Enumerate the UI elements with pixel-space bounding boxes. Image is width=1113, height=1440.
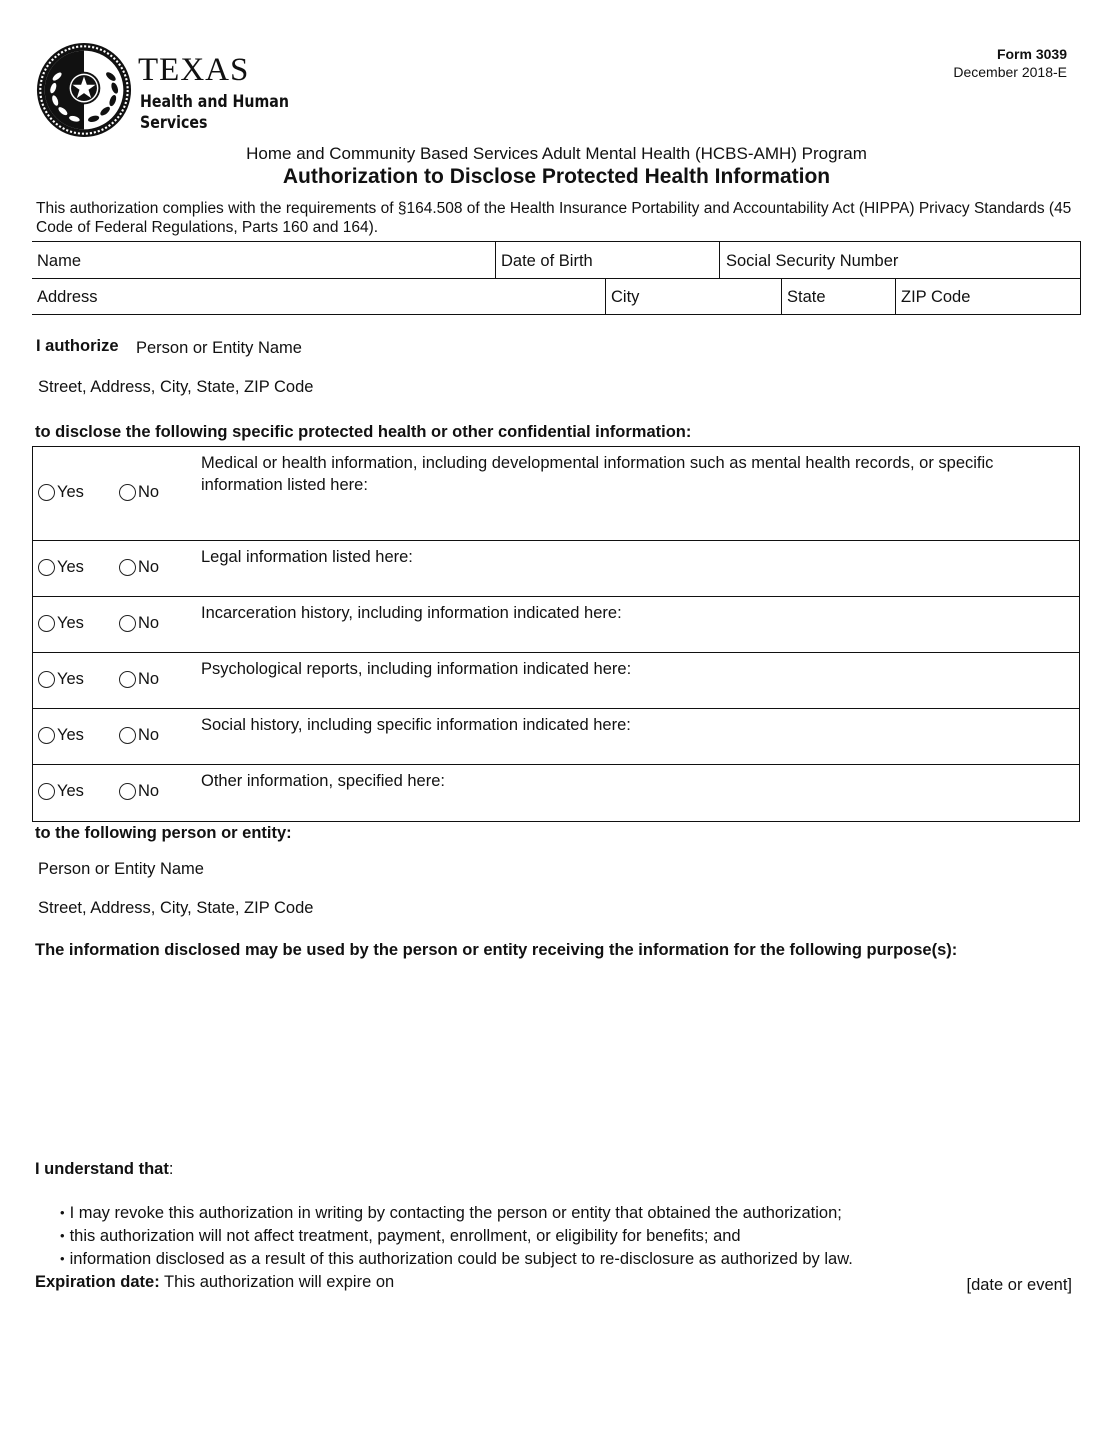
understand-label: I understand that bbox=[35, 1160, 169, 1178]
no-label: No bbox=[138, 726, 159, 745]
yes-label: Yes bbox=[57, 726, 84, 745]
no-label: No bbox=[138, 670, 159, 689]
disclosure-details-field[interactable] bbox=[201, 626, 1079, 652]
intro-text: This authorization complies with the req… bbox=[36, 199, 1076, 237]
logo-agency-name: Health and Human Services bbox=[140, 91, 289, 133]
yes-no-radio-group: YesNo bbox=[38, 726, 200, 745]
yes-no-radio-group: YesNo bbox=[38, 483, 200, 502]
disclosure-row: YesNoOther information, specified here: bbox=[33, 765, 1079, 821]
yes-label: Yes bbox=[57, 483, 84, 502]
yes-option[interactable]: Yes bbox=[38, 483, 119, 502]
address-field[interactable]: Address bbox=[32, 279, 605, 314]
ssn-field[interactable]: Social Security Number bbox=[719, 242, 1079, 278]
recipient-address-field[interactable]: Street, Address, City, State, ZIP Code bbox=[38, 899, 313, 918]
authorize-label: I authorize bbox=[36, 337, 119, 355]
no-radio[interactable] bbox=[119, 559, 136, 576]
disclosure-row: YesNoIncarceration history, including in… bbox=[33, 597, 1079, 653]
disclosure-description: Psychological reports, including informa… bbox=[201, 658, 1075, 680]
yes-option[interactable]: Yes bbox=[38, 670, 119, 689]
city-label: City bbox=[611, 288, 639, 306]
disclosure-row: YesNoPsychological reports, including in… bbox=[33, 653, 1079, 709]
disclosure-row: YesNoMedical or health information, incl… bbox=[33, 447, 1079, 541]
no-label: No bbox=[138, 483, 159, 502]
disclosure-details-field[interactable] bbox=[201, 795, 1079, 821]
recipient-person-field[interactable]: Person or Entity Name bbox=[38, 860, 204, 879]
list-item: information disclosed as a result of thi… bbox=[60, 1248, 853, 1271]
understand-colon: : bbox=[169, 1160, 174, 1178]
form-date: December 2018-E bbox=[953, 64, 1067, 80]
date-of-birth-label: Date of Birth bbox=[501, 252, 593, 270]
disclosure-details-field[interactable] bbox=[201, 738, 1079, 764]
recipient-heading: to the following person or entity: bbox=[35, 824, 292, 843]
yes-radio[interactable] bbox=[38, 783, 55, 800]
purpose-heading: The information disclosed may be used by… bbox=[35, 941, 957, 960]
disclosure-description: Social history, including specific infor… bbox=[201, 714, 1075, 736]
yes-no-radio-group: YesNo bbox=[38, 670, 200, 689]
identity-table: Name Date of Birth Social Security Numbe… bbox=[32, 241, 1081, 315]
disclosure-row: YesNoLegal information listed here: bbox=[33, 541, 1079, 597]
expiration-row: Expiration date: This authorization will… bbox=[35, 1273, 394, 1292]
no-radio[interactable] bbox=[119, 783, 136, 800]
disclosure-details-field[interactable] bbox=[201, 476, 1079, 540]
form-number: Form 3039 bbox=[997, 46, 1067, 62]
yes-option[interactable]: Yes bbox=[38, 614, 119, 633]
no-option[interactable]: No bbox=[119, 670, 200, 689]
list-item: this authorization will not affect treat… bbox=[60, 1225, 853, 1248]
disclosure-description: Other information, specified here: bbox=[201, 770, 1075, 792]
city-field[interactable]: City bbox=[605, 279, 781, 314]
no-label: No bbox=[138, 558, 159, 577]
no-option[interactable]: No bbox=[119, 483, 200, 502]
no-option[interactable]: No bbox=[119, 782, 200, 801]
disclosure-description: Legal information listed here: bbox=[201, 546, 1075, 568]
yes-radio[interactable] bbox=[38, 484, 55, 501]
no-label: No bbox=[138, 782, 159, 801]
yes-no-radio-group: YesNo bbox=[38, 558, 200, 577]
program-name: Home and Community Based Services Adult … bbox=[0, 144, 1113, 164]
yes-option[interactable]: Yes bbox=[38, 726, 119, 745]
state-field[interactable]: State bbox=[781, 279, 895, 314]
name-label: Name bbox=[37, 252, 81, 270]
authorize-section: I authorize bbox=[36, 337, 119, 356]
yes-label: Yes bbox=[57, 670, 84, 689]
disclosure-description: Incarceration history, including informa… bbox=[201, 602, 1075, 624]
yes-radio[interactable] bbox=[38, 727, 55, 744]
authorize-person-field[interactable]: Person or Entity Name bbox=[136, 339, 302, 358]
texas-seal-icon bbox=[36, 42, 132, 138]
purpose-field[interactable] bbox=[35, 966, 1075, 1151]
no-radio[interactable] bbox=[119, 671, 136, 688]
yes-option[interactable]: Yes bbox=[38, 558, 119, 577]
zip-code-label: ZIP Code bbox=[901, 288, 970, 306]
name-field[interactable]: Name bbox=[32, 242, 495, 278]
yes-option[interactable]: Yes bbox=[38, 782, 119, 801]
disclosure-details-field[interactable] bbox=[201, 682, 1079, 708]
logo-line-2: Health and Human bbox=[140, 91, 289, 112]
disclosure-row: YesNoSocial history, including specific … bbox=[33, 709, 1079, 765]
expiration-text: This authorization will expire on bbox=[164, 1273, 394, 1291]
identity-row-2: Address City State ZIP Code bbox=[32, 279, 1080, 314]
no-radio[interactable] bbox=[119, 615, 136, 632]
page-title: Authorization to Disclose Protected Heal… bbox=[0, 165, 1113, 189]
list-item: I may revoke this authorization in writi… bbox=[60, 1202, 853, 1225]
no-option[interactable]: No bbox=[119, 726, 200, 745]
disclosure-table: YesNoMedical or health information, incl… bbox=[32, 446, 1080, 822]
yes-label: Yes bbox=[57, 782, 84, 801]
disclosure-details-field[interactable] bbox=[201, 570, 1079, 596]
no-option[interactable]: No bbox=[119, 558, 200, 577]
yes-label: Yes bbox=[57, 614, 84, 633]
yes-no-radio-group: YesNo bbox=[38, 782, 200, 801]
no-label: No bbox=[138, 614, 159, 633]
logo-texas: TEXAS bbox=[138, 52, 249, 88]
authorize-address-field[interactable]: Street, Address, City, State, ZIP Code bbox=[38, 378, 313, 397]
yes-radio[interactable] bbox=[38, 615, 55, 632]
state-label: State bbox=[787, 288, 826, 306]
yes-no-radio-group: YesNo bbox=[38, 614, 200, 633]
zip-code-field[interactable]: ZIP Code bbox=[895, 279, 1079, 314]
no-radio[interactable] bbox=[119, 484, 136, 501]
no-option[interactable]: No bbox=[119, 614, 200, 633]
date-of-birth-field[interactable]: Date of Birth bbox=[495, 242, 719, 278]
ssn-label: Social Security Number bbox=[726, 252, 898, 270]
disclose-heading: to disclose the following specific prote… bbox=[35, 423, 691, 442]
understand-list: I may revoke this authorization in writi… bbox=[60, 1202, 853, 1271]
expiration-date-field[interactable]: [date or event] bbox=[967, 1276, 1073, 1295]
yes-radio[interactable] bbox=[38, 559, 55, 576]
logo-line-3: Services bbox=[140, 112, 289, 133]
yes-label: Yes bbox=[57, 558, 84, 577]
identity-row-1: Name Date of Birth Social Security Numbe… bbox=[32, 242, 1080, 279]
no-radio[interactable] bbox=[119, 727, 136, 744]
address-label: Address bbox=[37, 288, 98, 306]
understand-heading: I understand that: bbox=[35, 1160, 173, 1179]
expiration-label: Expiration date: bbox=[35, 1273, 160, 1291]
yes-radio[interactable] bbox=[38, 671, 55, 688]
